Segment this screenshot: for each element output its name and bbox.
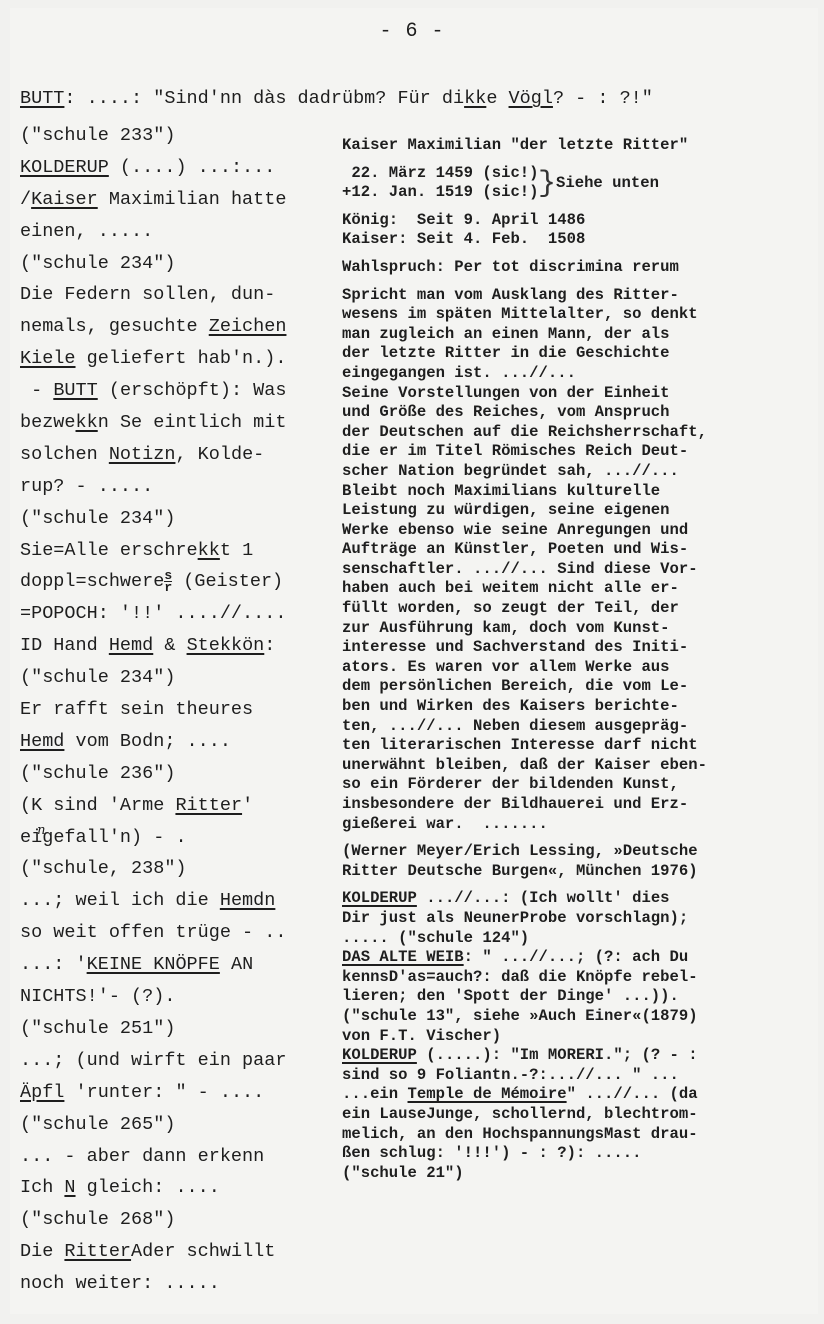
- quote-line: ators. Es waren vor allem Werke aus: [342, 658, 812, 678]
- quote-line: füllt worden, so zeugt der Teil, der: [342, 599, 812, 619]
- left-line: ID Hand Hemd & Stekkön:: [20, 630, 340, 662]
- left-line: ...: 'KEINE KNÖPFE AN: [20, 949, 340, 981]
- text-run: Maximilian hatte: [98, 189, 287, 210]
- handwritten-insertion: i: [31, 827, 42, 848]
- quote-line: Werke ebenso wie seine Anregungen und: [342, 521, 812, 541]
- text-run: vom Bodn; ....: [64, 731, 231, 752]
- text-run: Sie=Alle erschre: [20, 540, 198, 561]
- underlined-kk: kk: [464, 88, 486, 109]
- text-run: Die: [20, 1241, 64, 1262]
- text-run: NICHTS!'- (?).: [20, 986, 175, 1007]
- underlined-text: Zeichen: [209, 316, 287, 337]
- speaker-butt: BUTT: [20, 88, 64, 109]
- underlined-text: kk: [76, 412, 98, 433]
- left-line: doppl=schweresr (Geister): [20, 566, 340, 598]
- dialogue-line: melich, an den HochspannungsMast drau-: [342, 1125, 812, 1145]
- quote-line: man zugleich an einen Mann, der als: [342, 325, 812, 345]
- left-line: noch weiter: .....: [20, 1268, 340, 1300]
- dialogue-line: ein LauseJunge, schollernd, blechtrom-: [342, 1105, 812, 1125]
- text-run: (.....): "Im MORERI."; (? - :: [417, 1046, 698, 1064]
- dialogue-text: e: [486, 88, 508, 109]
- citation-line: (Werner Meyer/Erich Lessing, »Deutsche: [342, 842, 812, 862]
- quote-line: der Deutschen auf die Reichsherrschaft,: [342, 423, 812, 443]
- quote-line: Spricht man vom Ausklang des Ritter-: [342, 286, 812, 306]
- text-run: so weit offen trüge - ..: [20, 922, 286, 943]
- dialogue-line: KOLDERUP (.....): "Im MORERI."; (? - :: [342, 1046, 812, 1066]
- handwritten-fraction: sr: [164, 570, 172, 593]
- quote-line: Aufträge an Künstler, Poeten und Wis-: [342, 540, 812, 560]
- left-line: /Kaiser Maximilian hatte: [20, 184, 340, 216]
- citation-line: Ritter Deutsche Burgen«, München 1976): [342, 862, 812, 882]
- left-line: ("schule 234"): [20, 248, 340, 280]
- left-line: KOLDERUP (....) ...:...: [20, 152, 340, 184]
- left-line: ("schule 236"): [20, 758, 340, 790]
- quote-line: Bleibt noch Maximilians kulturelle: [342, 482, 812, 502]
- text-run: n Se eintlich mit: [98, 412, 287, 433]
- text-run: kennsD'as=auch?: daß die Knöpfe rebel-: [342, 968, 698, 986]
- quote-line: und Größe des Reiches, vom Anspruch: [342, 403, 812, 423]
- text-run: gefall'n) - .: [42, 827, 186, 848]
- quote-line: zur Ausführung kam, doch vom Kunst-: [342, 619, 812, 639]
- quote-line: wesens im späten Mittelalter, so denkt: [342, 305, 812, 325]
- quote-body: Spricht man vom Ausklang des Ritter-wese…: [342, 286, 812, 835]
- text-run: ..... ("schule 124"): [342, 929, 529, 947]
- text-run: ("schule 265"): [20, 1114, 175, 1135]
- text-run: ID Hand: [20, 635, 109, 656]
- text-run: ("schule 234"): [20, 667, 175, 688]
- left-line: =POPOCH: '!!' ....//....: [20, 598, 340, 630]
- opening-dialogue-line: BUTT: ....: "Sind'nn dàs dadrübm? Für di…: [20, 88, 653, 109]
- dates-block: 22. März 1459 (sic!) +12. Jan. 1519 (sic…: [342, 164, 812, 203]
- dialogue-line: Dir just als NeunerProbe vorschlagn);: [342, 909, 812, 929]
- underlined-text: Ritter: [64, 1241, 131, 1262]
- text-run: (....) ...:...: [109, 157, 276, 178]
- quote-line: unerwähnt bleiben, daß der Kaiser eben-: [342, 756, 812, 776]
- text-run: Die Federn sollen, dun-: [20, 284, 275, 305]
- dialogue-line: DAS ALTE WEIB: " ...//...; (?: ach Du: [342, 948, 812, 968]
- underlined-text: KOLDERUP: [342, 1046, 417, 1064]
- underlined-text: Hemd: [20, 731, 64, 752]
- left-line: so weit offen trüge - ..: [20, 917, 340, 949]
- dialogue-line: KOLDERUP ...//...: (Ich wollt' dies: [342, 889, 812, 909]
- left-line: Hemd vom Bodn; ....: [20, 726, 340, 758]
- underlined-text: Hemdn: [220, 890, 276, 911]
- underlined-text: N: [64, 1177, 75, 1198]
- text-run: lieren; den 'Spott der Dinge' ...)).: [342, 987, 679, 1005]
- left-line: Sie=Alle erschrekkt 1: [20, 535, 340, 567]
- text-run: =POPOCH: '!!' ....//....: [20, 603, 286, 624]
- left-line: ...; weil ich die Hemdn: [20, 885, 340, 917]
- text-run: " ...//... (da: [567, 1085, 698, 1103]
- quote-line: haben auch bei weitem nicht alle er-: [342, 579, 812, 599]
- text-run: Er rafft sein theures: [20, 699, 253, 720]
- right-dialogue: KOLDERUP ...//...: (Ich wollt' diesDir j…: [342, 889, 812, 1183]
- text-run: (Geister): [172, 571, 283, 592]
- dialogue-line: ("schule 21"): [342, 1164, 812, 1184]
- underlined-text: Temple de Mémoire: [408, 1085, 567, 1103]
- underlined-text: kk: [198, 540, 220, 561]
- left-line: bezwekkn Se eintlich mit: [20, 407, 340, 439]
- text-run: rup? - .....: [20, 476, 153, 497]
- text-run: ßen schlug: '!!!') - : ?): .....: [342, 1144, 641, 1162]
- underlined-text: KOLDERUP: [342, 889, 417, 907]
- text-run: noch weiter: .....: [20, 1273, 220, 1294]
- quote-line: die er im Titel Römisches Reich Deut-: [342, 442, 812, 462]
- quote-line: gießerei war. .......: [342, 815, 812, 835]
- brace-note: Siehe unten: [556, 174, 659, 192]
- text-run: ("schule 234"): [20, 508, 175, 529]
- koenig-line: König: Seit 9. April 1486: [342, 211, 812, 231]
- underlined-text: KOLDERUP: [20, 157, 109, 178]
- text-run: ': [242, 795, 253, 816]
- text-run: bezwe: [20, 412, 76, 433]
- left-line: (K sind 'Arme Ritter': [20, 790, 340, 822]
- text-run: ...: ': [20, 954, 87, 975]
- text-run: ("schule 21"): [342, 1164, 464, 1182]
- text-run: einen, .....: [20, 221, 153, 242]
- left-line: ("schule, 238"): [20, 853, 340, 885]
- quote-line: interesse und Sachverstand des Initi-: [342, 638, 812, 658]
- text-run: ("schule 233"): [20, 125, 175, 146]
- text-run: e: [20, 827, 31, 848]
- text-run: -: [20, 380, 53, 401]
- dialogue-text: ? - : ?!": [553, 88, 653, 109]
- text-run: ...ein: [342, 1085, 408, 1103]
- underlined-text: BUTT: [53, 380, 97, 401]
- text-run: : " ...//...; (?: ach Du: [464, 948, 689, 966]
- text-run: /: [20, 189, 31, 210]
- text-run: ...; weil ich die: [20, 890, 220, 911]
- text-run: ("schule, 238"): [20, 858, 187, 879]
- underlined-text: DAS ALTE WEIB: [342, 948, 464, 966]
- left-line: ("schule 251"): [20, 1013, 340, 1045]
- right-column-quote: Kaiser Maximilian "der letzte Ritter" 22…: [342, 136, 812, 1183]
- text-run: ("schule 13", siehe »Auch Einer«(1879): [342, 1007, 698, 1025]
- left-line: Die RitterAder schwillt: [20, 1236, 340, 1268]
- quote-line: Leistung zu würdigen, seine eigenen: [342, 501, 812, 521]
- citation: (Werner Meyer/Erich Lessing, »DeutscheRi…: [342, 842, 812, 881]
- text-run: AN: [220, 954, 253, 975]
- text-run: (erschöpft): Was: [98, 380, 287, 401]
- quote-line: senschaftler. ...//... Sind diese Vor-: [342, 560, 812, 580]
- left-column-dialogue: ("schule 233")KOLDERUP (....) ...:.../Ka…: [20, 120, 340, 1300]
- left-line: ...; (und wirft ein paar: [20, 1045, 340, 1077]
- text-run: nemals, gesuchte: [20, 316, 209, 337]
- left-line: nemals, gesuchte Zeichen: [20, 311, 340, 343]
- text-run: ...//...: (Ich wollt' dies: [417, 889, 670, 907]
- text-run: melich, an den HochspannungsMast drau-: [342, 1125, 698, 1143]
- left-line: Äpfl 'runter: " - ....: [20, 1077, 340, 1109]
- text-run: (K sind 'Arme: [20, 795, 175, 816]
- left-line: Ich N gleich: ....: [20, 1172, 340, 1204]
- dialogue-line: ..... ("schule 124"): [342, 929, 812, 949]
- left-line: Er rafft sein theures: [20, 694, 340, 726]
- underlined-text: Äpfl: [20, 1082, 64, 1103]
- text-run: ein LauseJunge, schollernd, blechtrom-: [342, 1105, 698, 1123]
- quote-line: scher Nation begründet sah, ...//...: [342, 462, 812, 482]
- dialogue-line: ("schule 13", siehe »Auch Einer«(1879): [342, 1007, 812, 1027]
- underlined-text: Ritter: [175, 795, 242, 816]
- left-line: ("schule 268"): [20, 1204, 340, 1236]
- left-line: ... - aber dann erkenn: [20, 1141, 340, 1173]
- dialogue-line: ßen schlug: '!!!') - : ?): .....: [342, 1144, 812, 1164]
- underlined-text: KEINE KNÖPFE: [87, 954, 220, 975]
- text-run: ...; (und wirft ein paar: [20, 1050, 286, 1071]
- text-run: Ich: [20, 1177, 64, 1198]
- text-run: von F.T. Vischer): [342, 1027, 501, 1045]
- text-run: , Kolde-: [175, 444, 264, 465]
- text-run: ("schule 251"): [20, 1018, 175, 1039]
- quote-line: Seine Vorstellungen von der Einheit: [342, 384, 812, 404]
- dialogue-text: : ....: "Sind'nn dàs dadrübm? Für di: [64, 88, 464, 109]
- quote-line: eingegangen ist. ...//...: [342, 364, 812, 384]
- underlined-text: Stekkön: [187, 635, 265, 656]
- text-run: Ader schwillt: [131, 1241, 275, 1262]
- text-run: ("schule 268"): [20, 1209, 175, 1230]
- text-run: ("schule 236"): [20, 763, 175, 784]
- left-line: Kiele geliefert hab'n.).: [20, 343, 340, 375]
- motto-line: Wahlspruch: Per tot discrimina rerum: [342, 258, 812, 278]
- left-line: solchen Notizn, Kolde-: [20, 439, 340, 471]
- quote-line: insbesondere der Bildhauerei und Erz-: [342, 795, 812, 815]
- left-line: ("schule 265"): [20, 1109, 340, 1141]
- quote-line: ten literarischen Interesse darf nicht: [342, 736, 812, 756]
- text-run: sind so 9 Foliantn.-?:...//... " ...: [342, 1066, 679, 1084]
- quote-line: der letzte Ritter in die Geschichte: [342, 344, 812, 364]
- left-line: einen, .....: [20, 216, 340, 248]
- kaiser-line: Kaiser: Seit 4. Feb. 1508: [342, 230, 812, 250]
- underlined-text: Notizn: [109, 444, 176, 465]
- page-number: - 6 -: [0, 20, 824, 43]
- text-run: &: [153, 635, 186, 656]
- quote-title: Kaiser Maximilian "der letzte Ritter": [342, 136, 812, 156]
- dialogue-line: lieren; den 'Spott der Dinge' ...)).: [342, 987, 812, 1007]
- left-line: ("schule 234"): [20, 662, 340, 694]
- quote-line: so ein Förderer der bildenden Kunst,: [342, 775, 812, 795]
- left-line: - BUTT (erschöpft): Was: [20, 375, 340, 407]
- text-run: t 1: [220, 540, 253, 561]
- text-run: geliefert hab'n.).: [76, 348, 287, 369]
- underlined-text: Hemd: [109, 635, 153, 656]
- left-line: ("schule 234"): [20, 503, 340, 535]
- dialogue-line: kennsD'as=auch?: daß die Knöpfe rebel-: [342, 968, 812, 988]
- underlined-text: Kiele: [20, 348, 76, 369]
- left-line: ("schule 233"): [20, 120, 340, 152]
- text-run: Dir just als NeunerProbe vorschlagn);: [342, 909, 688, 927]
- quote-line: ten, ...//... Neben diesem ausgepräg-: [342, 717, 812, 737]
- left-line: eigefall'n) - .: [20, 822, 340, 854]
- underlined-text: Kaiser: [31, 189, 98, 210]
- curly-brace-icon: }: [538, 166, 556, 202]
- left-line: rup? - .....: [20, 471, 340, 503]
- quote-line: dem persönlichen Bereich, die vom Le-: [342, 677, 812, 697]
- text-run: :: [264, 635, 275, 656]
- underlined-voegl: Vögl: [509, 88, 553, 109]
- dialogue-line: von F.T. Vischer): [342, 1027, 812, 1047]
- dialogue-line: sind so 9 Foliantn.-?:...//... " ...: [342, 1066, 812, 1086]
- text-run: ("schule 234"): [20, 253, 175, 274]
- left-line: NICHTS!'- (?).: [20, 981, 340, 1013]
- text-run: solchen: [20, 444, 109, 465]
- text-run: ... - aber dann erkenn: [20, 1146, 264, 1167]
- left-line: Die Federn sollen, dun-: [20, 279, 340, 311]
- quote-line: ben und Wirken des Kaisers berichte-: [342, 697, 812, 717]
- text-run: gleich: ....: [76, 1177, 220, 1198]
- dialogue-line: ...ein Temple de Mémoire" ...//... (da: [342, 1085, 812, 1105]
- text-run: doppl=schwere: [20, 571, 164, 592]
- text-run: 'runter: " - ....: [64, 1082, 264, 1103]
